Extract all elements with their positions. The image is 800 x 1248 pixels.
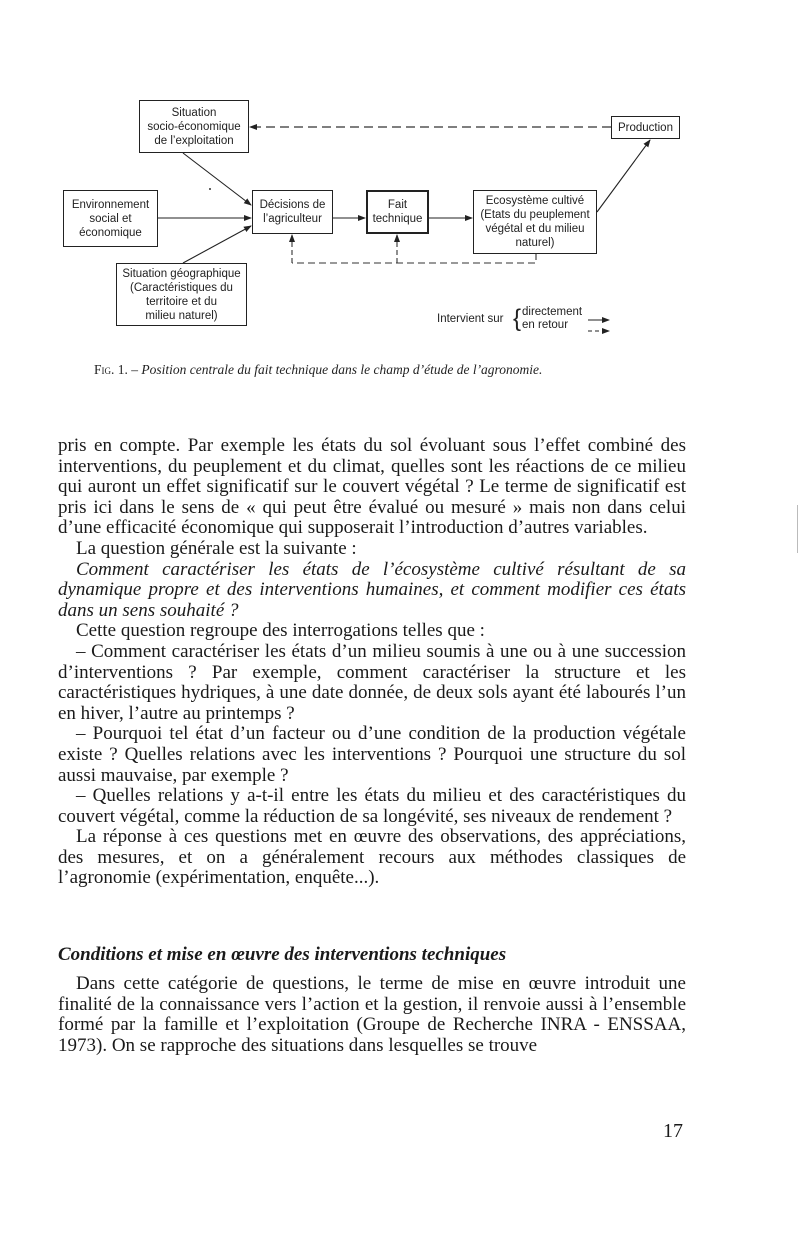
box-situation-geographique: Situation géographique (Caractéristiques… (116, 263, 247, 326)
paragraph: Cette question regroupe des interrogatio… (58, 621, 686, 642)
box-production: Production (611, 116, 680, 139)
box-decisions: Décisions de l’agriculteur (252, 190, 333, 234)
section-heading: Conditions et mise en œuvre des interven… (58, 944, 506, 966)
paragraph-italic-question: Comment caractériser les états de l’écos… (58, 560, 686, 622)
box-environnement: Environnement social et économique (63, 190, 158, 247)
paragraph: La réponse à ces questions met en œuvre … (58, 827, 686, 889)
legend: Intervient sur (437, 313, 503, 325)
list-item: – Comment caractériser les états d’un mi… (58, 642, 686, 724)
page-number: 17 (663, 1120, 683, 1143)
legend-feedback: en retour (522, 319, 568, 331)
legend-direct: directement (522, 306, 582, 318)
paragraph: La question générale est la suivante : (58, 539, 686, 560)
box-ecosysteme: Ecosystème cultivé (Etats du peuplement … (473, 190, 597, 254)
scan-artifact-line (797, 505, 798, 553)
section-body-text: Dans cette catégorie de questions, le te… (58, 974, 686, 1056)
figure-number: Fig. 1. – (94, 362, 138, 377)
box-fait-technique: Fait technique (366, 190, 429, 234)
body-text: pris en compte. Par exemple les états du… (58, 436, 686, 889)
box-situation-socio-economique: Situation socio-économique de l’exploita… (139, 100, 249, 153)
list-item: – Pourquoi tel état d’un facteur ou d’un… (58, 724, 686, 786)
list-item: – Quelles relations y a-t-il entre les é… (58, 786, 686, 827)
paragraph: pris en compte. Par exemple les états du… (58, 436, 686, 539)
legend-label: Intervient sur (437, 313, 503, 325)
paragraph: Dans cette catégorie de questions, le te… (58, 974, 686, 1056)
figure-caption-text: Position centrale du fait technique dans… (141, 362, 542, 377)
legend-brace: { (513, 306, 521, 332)
figure-caption: Fig. 1. – Position centrale du fait tech… (94, 362, 542, 378)
figure-diagram: Situation socio-économique de l’exploita… (0, 0, 800, 345)
